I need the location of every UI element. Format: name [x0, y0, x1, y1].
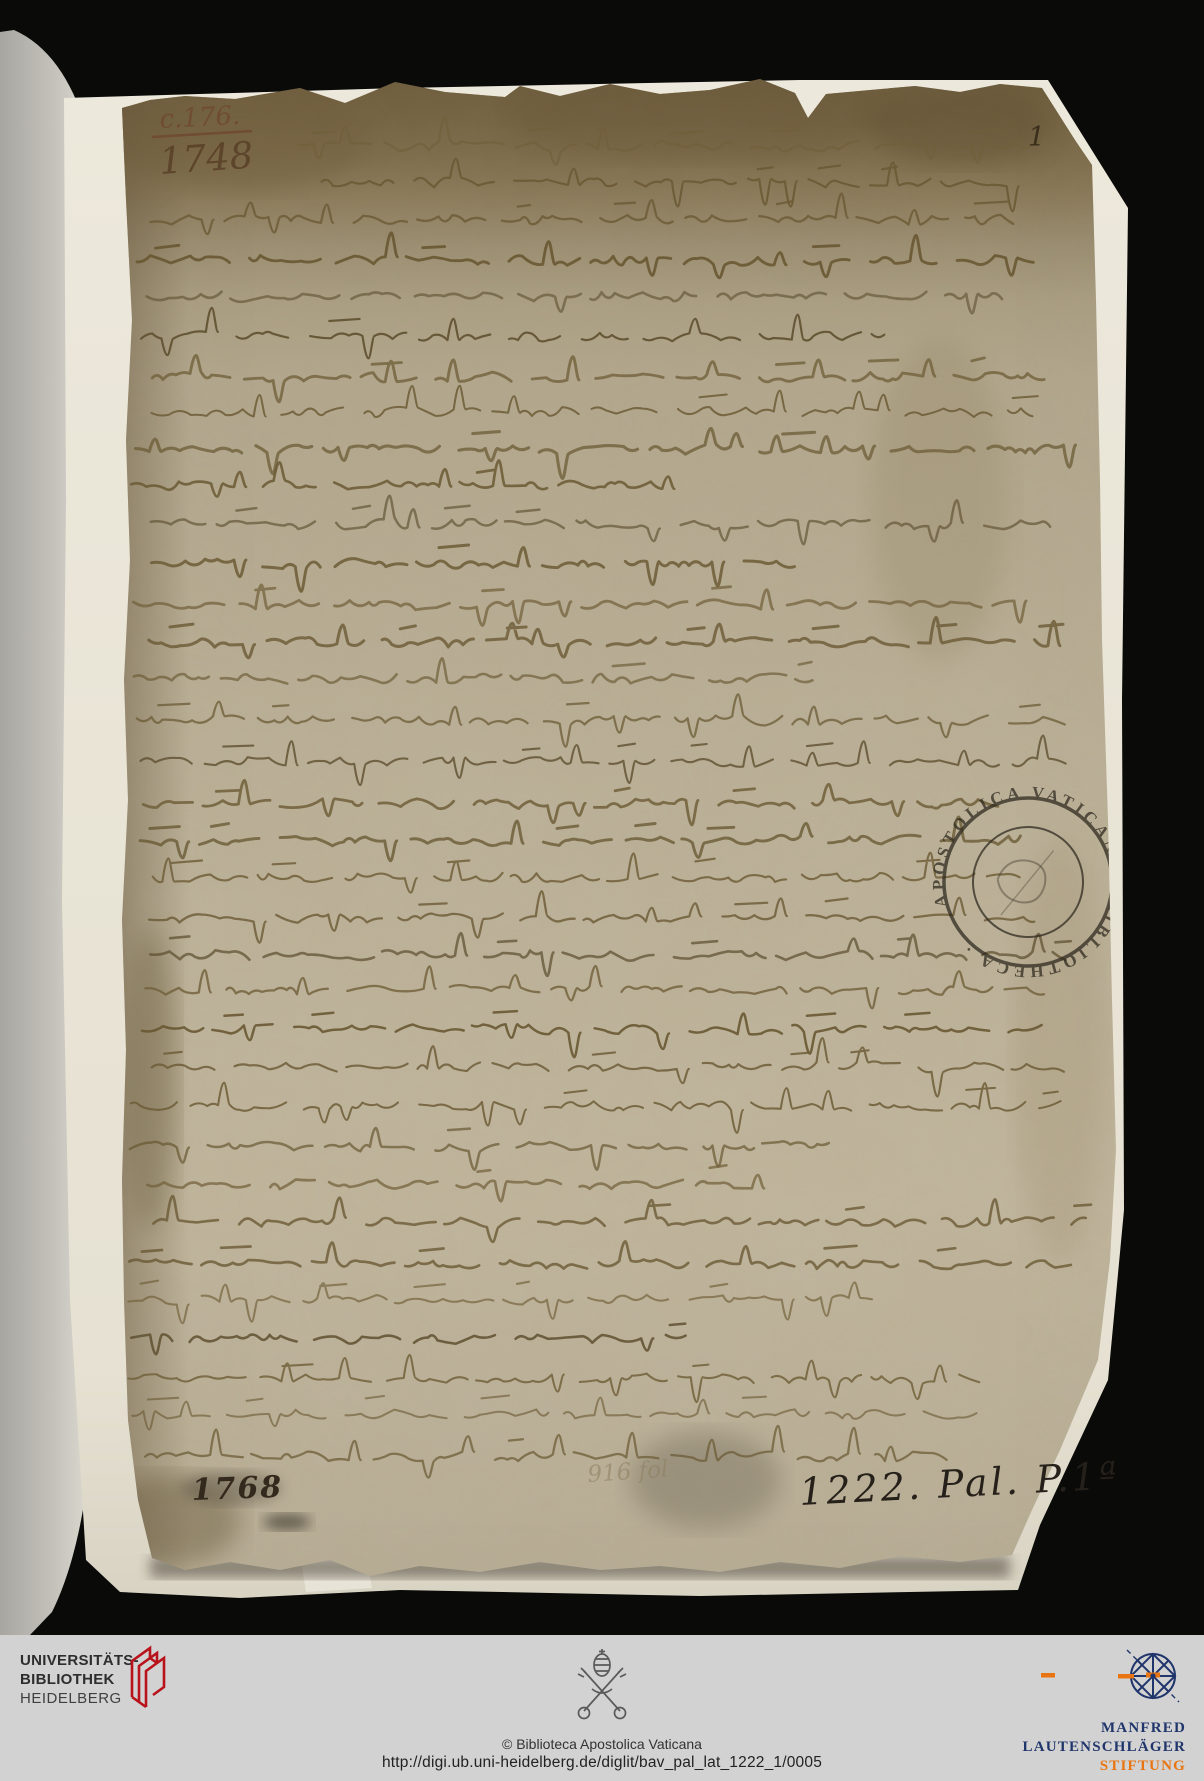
- manuscript-scan: APOSTOLICA VATICANA · BIBLIOTHECA · c.17…: [0, 0, 1204, 1635]
- crossed-out-number: 1768: [191, 1470, 284, 1508]
- footer-bar: UNIVERSITÄTS- BIBLIOTHEK HEIDELBERG BIBL…: [0, 1635, 1204, 1781]
- crossed-keys-icon: [578, 1649, 626, 1719]
- globe-center-dot: [1150, 1673, 1155, 1678]
- inventory-number-annotation: 1748: [158, 134, 255, 183]
- folio-number: 1: [1028, 122, 1045, 153]
- mls-line3: STIFTUNG: [1023, 1757, 1187, 1776]
- orange-dash: [1041, 1673, 1055, 1678]
- ub-heidelberg-book-icon: [122, 1643, 174, 1711]
- ink-blot: [263, 1514, 311, 1530]
- digitized-manuscript-page: APOSTOLICA VATICANA · BIBLIOTHECA · c.17…: [0, 0, 1204, 1781]
- mls-line1: MANFRED: [1023, 1719, 1187, 1738]
- vatican-library-emblem: BIBLIOTECA APOSTOLICA VATICANA: [540, 1639, 664, 1739]
- orange-dash: [1118, 1674, 1134, 1679]
- old-shelfmark-annotation: c.176.: [159, 101, 241, 135]
- mls-line2: LAUTENSCHLÄGER: [1023, 1738, 1187, 1757]
- mls-wordmark: MANFRED LAUTENSCHLÄGER STIFTUNG: [1023, 1719, 1187, 1776]
